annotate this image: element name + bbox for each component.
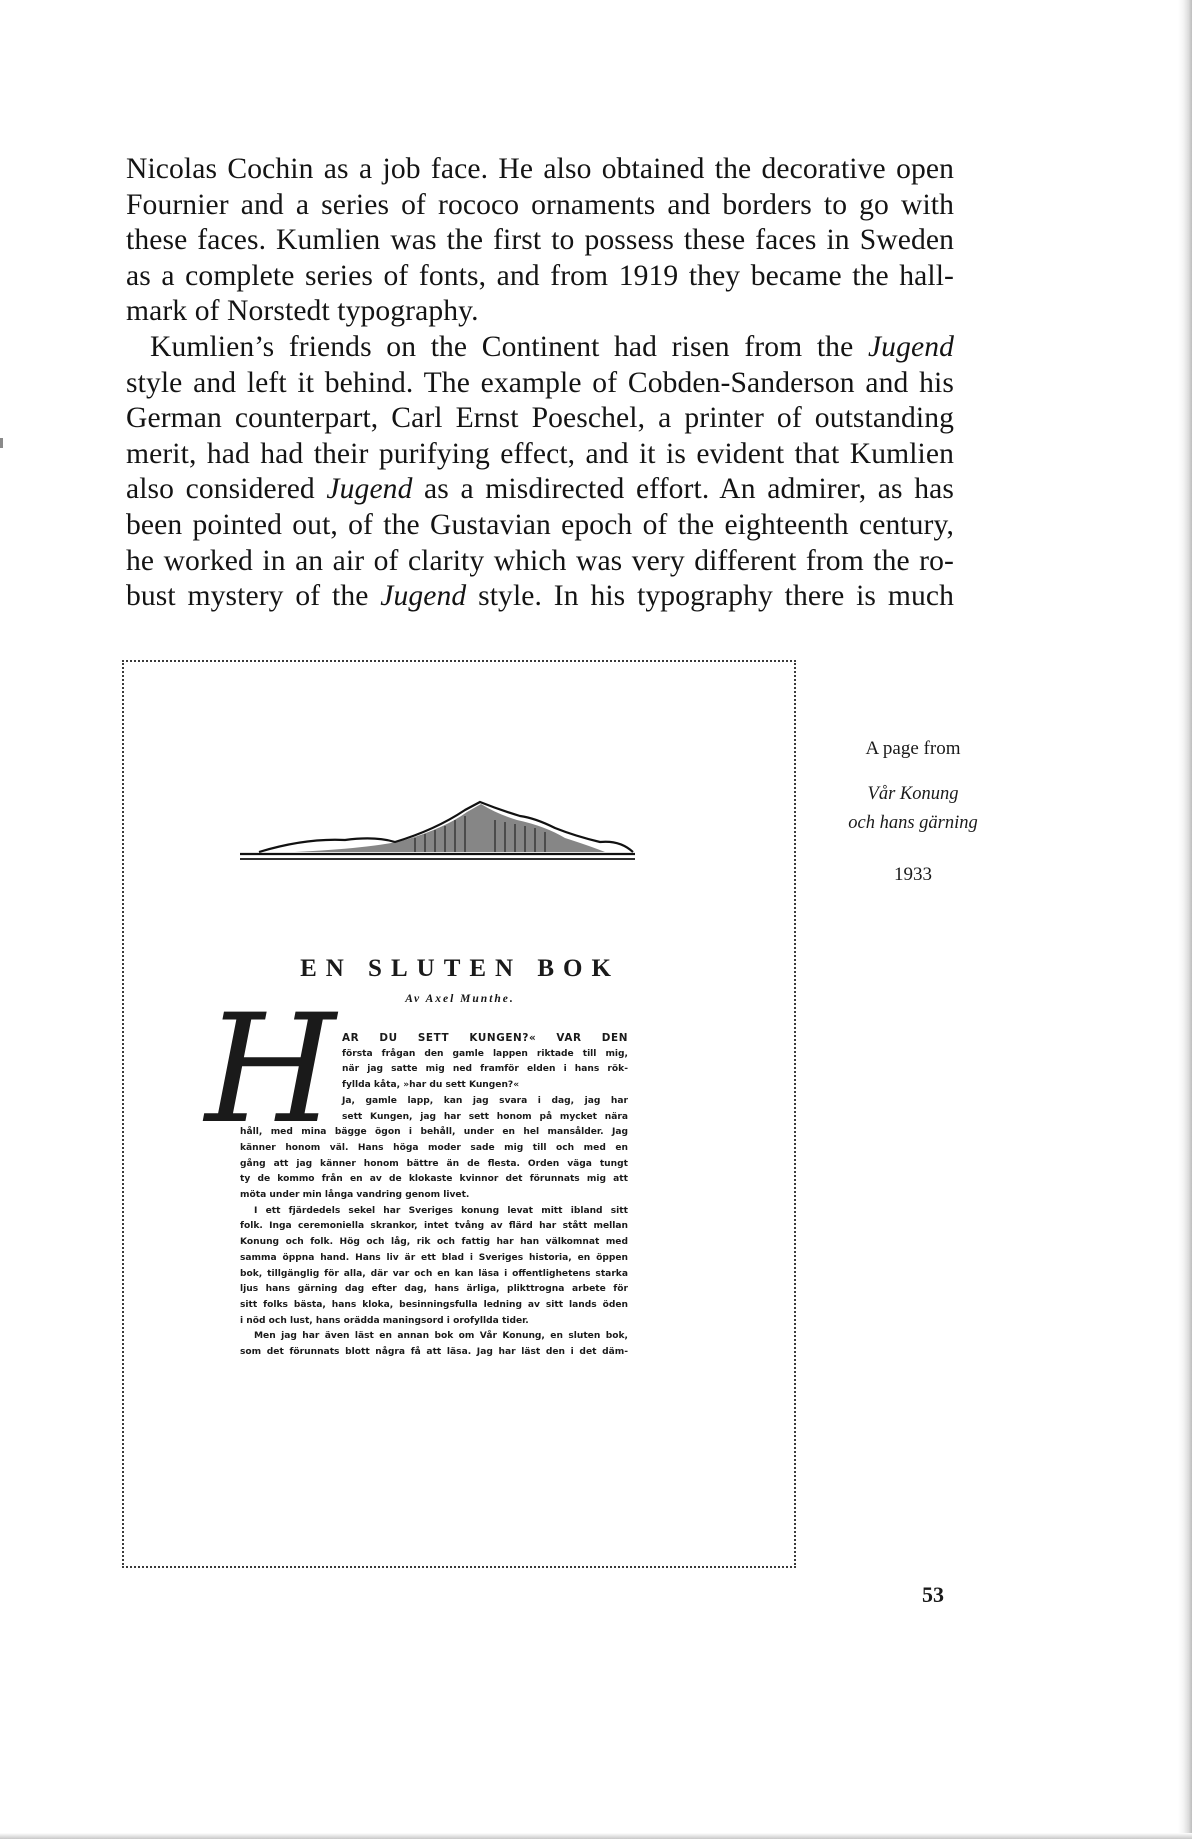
- text-run: bust mystery of the: [126, 580, 380, 612]
- caption-line: A page from: [818, 738, 1008, 784]
- page-bottom-edge: [0, 1833, 1192, 1839]
- text-run: style. In his typography there is much: [466, 580, 954, 612]
- inset-line: I ett fjärdedels sekel har Sveriges konu…: [240, 1204, 628, 1220]
- caption-year: 1933: [818, 864, 1008, 886]
- text-line: Fournier and a series of rococo ornament…: [126, 188, 954, 224]
- inset-line: AR DU SETT KUNGEN?« VAR DEN: [240, 1031, 628, 1047]
- body-text: Nicolas Cochin as a job face. He also ob…: [126, 152, 954, 615]
- text-line: Kumlien’s friends on the Continent had r…: [126, 330, 954, 366]
- inset-line: sitt folks bästa, hans kloka, besinnings…: [240, 1298, 628, 1314]
- inset-line: i nöd och lust, hans orädda maningsord i…: [240, 1314, 628, 1330]
- inset-line: fyllda kåta, »har du sett Kungen?«: [240, 1078, 628, 1094]
- text-line: merit, had had their purifying effect, a…: [126, 437, 954, 473]
- inset-line: Ja, gamle lapp, kan jag svara i dag, jag…: [240, 1094, 628, 1110]
- text-line: Nicolas Cochin as a job face. He also ob…: [126, 152, 954, 188]
- inset-line: möta under min långa vandring genom live…: [240, 1188, 628, 1204]
- text-line: also considered Jugend as a misdirected …: [126, 472, 954, 508]
- text-line: these faces. Kumlien was the first to po…: [126, 223, 954, 259]
- inset-line: Men jag har även läst en annan bok om Vå…: [240, 1329, 628, 1345]
- text-line: mark of Norstedt typography.: [126, 294, 954, 330]
- text-line: he worked in an air of clarity which was…: [126, 544, 954, 580]
- paragraph-2: Kumlien’s friends on the Continent had r…: [126, 330, 954, 615]
- inset-line: sett Kungen, jag har sett honom på mycke…: [240, 1110, 628, 1126]
- text-line: as a complete series of fonts, and from …: [126, 259, 954, 295]
- text-run: also considered: [126, 473, 326, 505]
- text-run: as a misdirected effort. An admirer, as …: [412, 473, 954, 505]
- caption-book-title: Vår Konung: [818, 784, 1008, 813]
- italic-term: Jugend: [868, 331, 954, 363]
- inset-line: håll, med mina bägge ögon i behåll, unde…: [240, 1125, 628, 1141]
- inset-line: bok, tillgänglig för alla, där var och e…: [240, 1267, 628, 1283]
- inset-line: gång att jag känner honom bättre än de f…: [240, 1157, 628, 1173]
- inset-line: när jag satte mig ned framför elden i ha…: [240, 1062, 628, 1078]
- inset-line: ljus hans gärning dag efter dag, hans är…: [240, 1282, 628, 1298]
- italic-term: Jugend: [326, 473, 412, 505]
- inset-line: folk. Inga ceremoniella skrankor, intet …: [240, 1219, 628, 1235]
- text-line: style and left it behind. The example of…: [126, 366, 954, 402]
- mountain-landscape-illustration: [235, 780, 635, 870]
- inset-line: samma öppna hand. Hans liv är ett blad i…: [240, 1251, 628, 1267]
- inset-line: ty de kommo från en av de klokaste kvinn…: [240, 1172, 628, 1188]
- paragraph-1: Nicolas Cochin as a job face. He also ob…: [126, 152, 954, 330]
- inset-title: EN SLUTEN BOK: [160, 955, 760, 983]
- italic-term: Jugend: [380, 580, 466, 612]
- inset-line: första frågan den gamle lappen riktade t…: [240, 1047, 628, 1063]
- caption-book-title: och hans gärning: [818, 813, 1008, 842]
- inset-body-text: AR DU SETT KUNGEN?« VAR DEN första fråga…: [240, 1031, 628, 1361]
- inset-line: känner honom väl. Hans höga moder sade m…: [240, 1141, 628, 1157]
- text-line: bust mystery of the Jugend style. In his…: [126, 579, 954, 615]
- inset-line: som det förunnats blott några få att läs…: [240, 1345, 628, 1361]
- inset-line: Konung och folk. Hög och låg, rik och fa…: [240, 1235, 628, 1251]
- text-line: German counterpart, Carl Ernst Poeschel,…: [126, 401, 954, 437]
- figure-caption: A page from Vår Konung och hans gärning …: [818, 738, 1008, 886]
- text-run: Kumlien’s friends on the Continent had r…: [150, 331, 868, 363]
- margin-mark: [0, 438, 3, 448]
- page-number: 53: [922, 1582, 944, 1608]
- page-edge-shadow: [1178, 0, 1192, 1839]
- text-line: been pointed out, of the Gustavian epoch…: [126, 508, 954, 544]
